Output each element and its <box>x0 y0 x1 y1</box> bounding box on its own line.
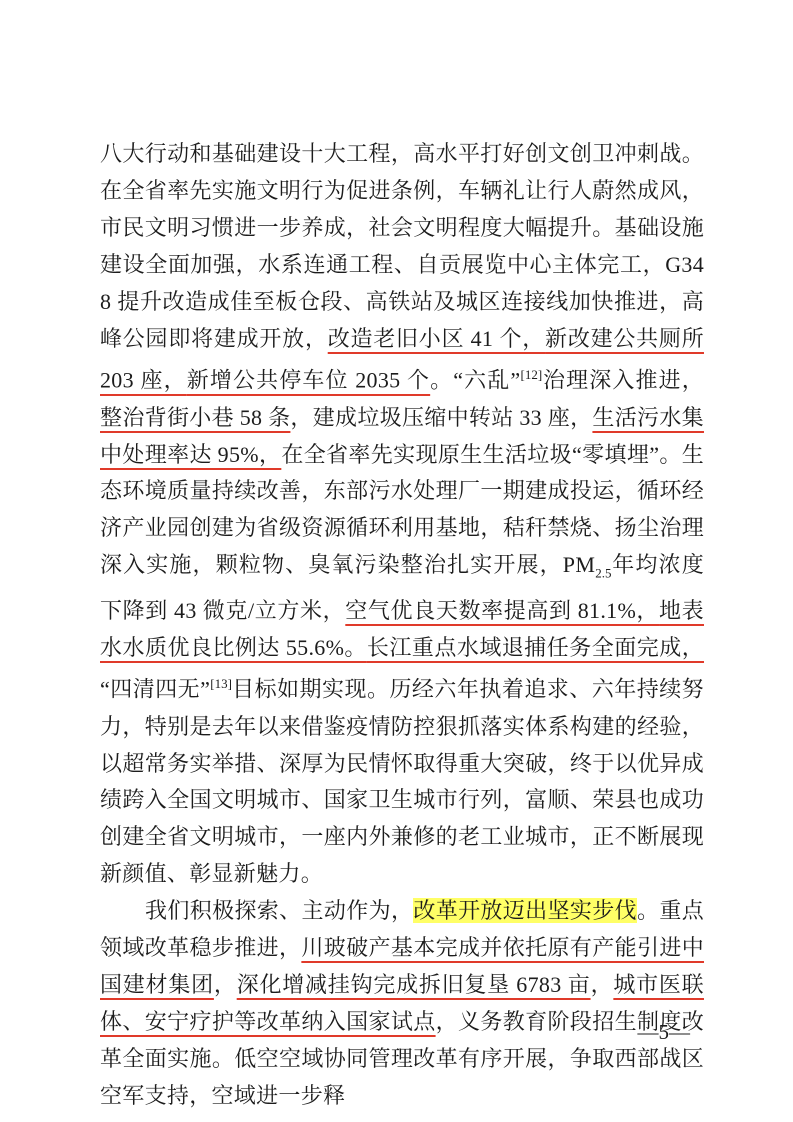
document-body: 八大行动和基础建设十大工程，高水平打好创文创卫冲刺战。在全省率先实施文明行为促进… <box>100 136 704 1115</box>
text-run: 八大行动和基础建设十大工程，高水平打好创文创卫冲刺战。在全省率先实施文明行为促进… <box>100 141 704 351</box>
underlined-text: 新增公共停车位 2035 个 <box>187 368 430 393</box>
underlined-text: 深化增减挂钩完成拆旧复垦 6783 亩 <box>237 972 591 997</box>
text-run: ，建成垃圾压缩中转站 33 座， <box>290 405 592 430</box>
text-run: 我们积极探索、主动作为， <box>145 898 413 923</box>
subscript-text: 2.5 <box>595 566 611 581</box>
paragraph: 我们积极探索、主动作为，改革开放迈出坚实步伐。重点领域改革稳步推进，川玻破产基本… <box>100 893 704 1114</box>
highlighted-text: 改革开放迈出坚实步伐 <box>413 898 637 923</box>
document-page: 八大行动和基础建设十大工程，高水平打好创文创卫冲刺战。在全省率先实施文明行为促进… <box>0 0 793 1122</box>
underlined-text: 空气优良天数率提高到 81.1%， <box>345 598 659 623</box>
text-run: 治理深入推进， <box>542 368 704 393</box>
footnote-ref: [13] <box>210 676 232 691</box>
text-run: 。“六乱” <box>430 368 520 393</box>
text-run: ， <box>591 972 614 997</box>
paragraph: 八大行动和基础建设十大工程，高水平打好创文创卫冲刺战。在全省率先实施文明行为促进… <box>100 136 704 893</box>
underlined-text: 整治背街小巷 58 条 <box>100 405 290 430</box>
text-run: 目标如期实现。历经六年执着追求、六年持续努力，特别是去年以来借鉴疫情防控狠抓落实… <box>100 677 704 887</box>
text-run: “四清四无” <box>100 677 210 702</box>
underlined-text: 长江重点水域退捕任务全面完成， <box>367 635 704 660</box>
footnote-ref: [12] <box>520 367 542 382</box>
page-number: —5— <box>638 1019 691 1045</box>
text-run: ， <box>214 972 237 997</box>
underlined-text: 改造老旧小区 41 个， <box>328 326 545 351</box>
